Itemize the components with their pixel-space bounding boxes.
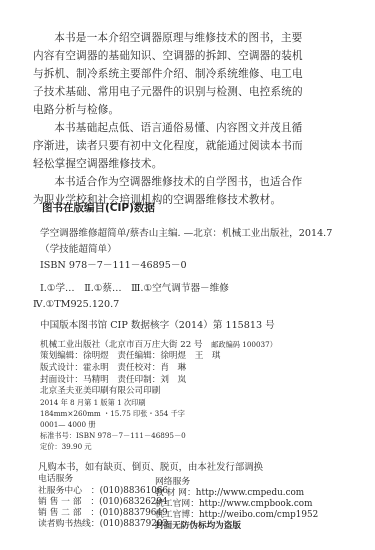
web-service-header: 网络服务 bbox=[155, 477, 190, 488]
cip-classification-2: Ⅳ.①TM925.120.7 bbox=[33, 297, 119, 313]
phone-label: 销 售 一 部 bbox=[38, 497, 90, 507]
phone-label: 社服务中心 bbox=[38, 486, 91, 496]
anti-piracy-notice: 封面无防伪标均为盗版 bbox=[155, 521, 241, 532]
edition-line: 2014 年 8 月第 1 版第 1 次印刷 bbox=[40, 397, 146, 408]
web-row: 机工官网：http://www.cmpbook.com bbox=[155, 499, 312, 510]
phone-row: 销 售 二 部 ：(010)88379649 bbox=[38, 508, 168, 519]
defect-notice: 凡购本书，如有缺页、倒页、脱页，由本社发行部调换 bbox=[38, 462, 263, 473]
phone-service-header: 电话服务 bbox=[38, 474, 73, 485]
editors-line: 策划编辑：徐明煜 责任编辑：徐明煜 王 琪 bbox=[40, 351, 220, 362]
print-run-line: 0001— 4000 册 bbox=[40, 419, 96, 430]
book-description: 本书是一本介绍空调器原理与维修技术的图书，主要内容有空调器的基础知识、空调器的拆… bbox=[33, 29, 308, 209]
web-row: 教 材 网：http://www.cmpedu.com bbox=[155, 488, 304, 499]
standard-number-line: 标准书号：ISBN 978－7－111－46895－0 bbox=[40, 430, 186, 441]
web-label: 机工官网 bbox=[155, 499, 190, 509]
web-label: 教 材 网 bbox=[155, 488, 187, 498]
cip-isbn: ISBN 978－7－111－46895－0 bbox=[40, 258, 187, 274]
cip-number: 中国版本图书馆 CIP 数据核字（2014）第 115813 号 bbox=[40, 318, 275, 334]
printer-line: 北京圣夫亚美印刷有限公司印刷 bbox=[40, 386, 160, 397]
phone-row: 社服务中心 ：(010)88361066 bbox=[38, 486, 168, 497]
phone-label: 销 售 二 部 bbox=[38, 508, 90, 518]
cover-line: 封面设计：马精明 责任印制：刘 岚 bbox=[40, 375, 186, 386]
cip-classification-1: Ⅰ.①学… Ⅱ.①蔡… Ⅲ.①空气调节器－维修 bbox=[40, 281, 229, 297]
phone-row: 读者购书热线：(010)88379203 bbox=[38, 519, 168, 530]
publisher-postcode: 邮政编码 100037） bbox=[211, 340, 277, 349]
description-paragraph-1: 本书是一本介绍空调器原理与维修技术的图书，主要内容有空调器的基础知识、空调器的拆… bbox=[33, 29, 308, 119]
cip-heading: 图书在版编目(CIP)数据 bbox=[42, 200, 155, 215]
price-line: 定价：39.90 元 bbox=[40, 441, 92, 452]
phone-label: 读者购书热线 bbox=[38, 519, 91, 529]
design-line: 版式设计：霍永明 责任校对：肖 琳 bbox=[40, 363, 186, 374]
web-label: 机工官博 bbox=[155, 510, 190, 520]
publisher-line: 机械工业出版社（北京市百万庄大街 22 号 邮政编码 100037） bbox=[40, 339, 277, 351]
web-url-link[interactable]: ：http://weibo.com/cmp1952 bbox=[190, 510, 318, 520]
format-line: 184mm×260mm ・15.75 印张・354 千字 bbox=[40, 408, 185, 419]
web-url-link[interactable]: ：http://www.cmpedu.com bbox=[187, 488, 304, 498]
web-row: 机工官博：http://weibo.com/cmp1952 bbox=[155, 510, 318, 521]
cip-title-line: 学空调器维修超简单/蔡杏山主编. —北京：机械工业出版社，2014.7 bbox=[40, 226, 332, 242]
description-paragraph-2: 本书基础起点低、语言通俗易懂、内容图文并茂且循序渐进，读者只要有初中文化程度，就… bbox=[33, 119, 308, 173]
web-url-link[interactable]: ：http://www.cmpbook.com bbox=[190, 499, 312, 509]
publisher-address: 机械工业出版社（北京市百万庄大街 22 号 bbox=[40, 340, 203, 350]
phone-row: 销 售 一 部 ：(010)68326294 bbox=[38, 497, 168, 508]
cip-series: （学技能超简单） bbox=[40, 242, 117, 258]
